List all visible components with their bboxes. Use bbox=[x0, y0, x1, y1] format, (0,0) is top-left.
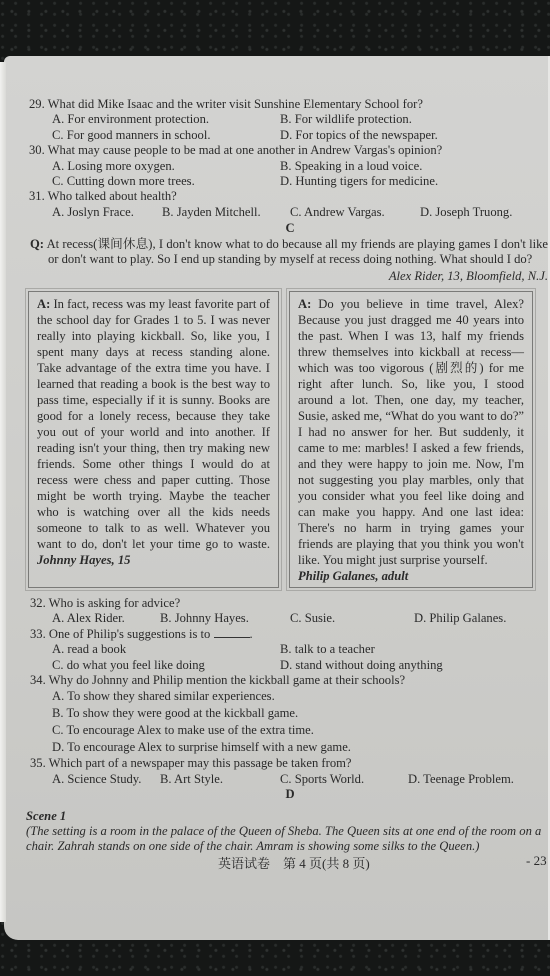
question-31: 31. Who talked about health? A. Joslyn F… bbox=[30, 189, 550, 220]
answer-box-johnny: A: In fact, recess was my least favorite… bbox=[28, 291, 279, 588]
answer-label: A: bbox=[298, 297, 311, 311]
question-text: 30. What may cause people to be mad at o… bbox=[29, 143, 550, 158]
option-b: B. talk to a teacher bbox=[280, 642, 540, 657]
question-35: 35. Which part of a newspaper may this p… bbox=[30, 756, 550, 787]
question-label: Q: bbox=[30, 237, 44, 251]
options: A. To show they shared similar experienc… bbox=[30, 688, 550, 756]
option-b: B. Johnny Hayes. bbox=[160, 611, 290, 626]
options: A. Science Study. B. Art Style. C. Sport… bbox=[30, 772, 550, 787]
option-d: D. For topics of the newspaper. bbox=[280, 128, 540, 143]
question-29: 29. What did Mike Isaac and the writer v… bbox=[30, 97, 550, 143]
question-text: 32. Who is asking for advice? bbox=[30, 596, 550, 611]
question-prompt: What did Mike Isaac and the writer visit… bbox=[48, 97, 423, 111]
question-prompt: Who talked about health? bbox=[48, 189, 177, 203]
options: A. For environment protection. B. For wi… bbox=[30, 112, 550, 143]
option-c: C. For good manners in school. bbox=[52, 128, 280, 143]
option-c: C. Susie. bbox=[290, 611, 414, 626]
question-body-text: At recess(课间休息), I don't know what to do… bbox=[47, 237, 548, 266]
question-prompt: Why do Johnny and Philip mention the kic… bbox=[49, 673, 405, 687]
blank-suffix: . bbox=[250, 627, 253, 641]
option-c: C. Andrew Vargas. bbox=[290, 205, 420, 220]
option-a: A. Alex Rider. bbox=[52, 611, 160, 626]
option-a: A. Losing more oxygen. bbox=[52, 159, 280, 174]
option-a: A. To show they shared similar experienc… bbox=[52, 688, 550, 705]
question-number: 29. bbox=[29, 97, 45, 111]
paper-edge bbox=[0, 62, 6, 922]
answer-text: Do you believe in time travel, Alex? Bec… bbox=[298, 297, 524, 567]
question-signature: Alex Rider, 13, Bloomfield, N.J. bbox=[30, 269, 548, 284]
option-b: B. To show they were good at the kickbal… bbox=[52, 705, 550, 722]
option-a: A. read a book bbox=[52, 642, 280, 657]
question-number: 30. bbox=[29, 143, 45, 157]
option-a: A. Science Study. bbox=[52, 772, 160, 787]
option-d: D. stand without doing anything bbox=[280, 658, 540, 673]
question-number: 34. bbox=[30, 673, 46, 687]
option-c: C. Sports World. bbox=[280, 772, 408, 787]
question-text: 29. What did Mike Isaac and the writer v… bbox=[29, 97, 550, 112]
question-prompt: What may cause people to be mad at one a… bbox=[48, 143, 443, 157]
option-d: D. To encourage Alex to surprise himself… bbox=[52, 739, 550, 756]
question-text: 35. Which part of a newspaper may this p… bbox=[30, 756, 550, 771]
scene-description: (The setting is a room in the palace of … bbox=[26, 824, 550, 855]
answer-blank bbox=[214, 627, 250, 638]
question-number: 32. bbox=[30, 596, 46, 610]
question-text: 34. Why do Johnny and Philip mention the… bbox=[30, 673, 550, 688]
option-a: A. Joslyn Frace. bbox=[52, 205, 162, 220]
option-d: D. Teenage Problem. bbox=[408, 772, 548, 787]
option-b: B. For wildlife protection. bbox=[280, 112, 540, 127]
option-a: A. For environment protection. bbox=[52, 112, 280, 127]
page-content: 29. What did Mike Isaac and the writer v… bbox=[30, 97, 550, 855]
option-d: D. Hunting tigers for medicine. bbox=[280, 174, 540, 189]
option-c: C. do what you feel like doing bbox=[52, 658, 280, 673]
options: A. read a book B. talk to a teacher C. d… bbox=[30, 642, 550, 673]
options: A. Losing more oxygen. B. Speaking in a … bbox=[30, 159, 550, 190]
answer-box-philip: A: Do you believe in time travel, Alex? … bbox=[289, 291, 533, 588]
question-33: 33. One of Philip's suggestions is to . … bbox=[30, 627, 550, 673]
option-d: D. Philip Galanes. bbox=[414, 611, 550, 626]
option-b: B. Art Style. bbox=[160, 772, 280, 787]
question-30: 30. What may cause people to be mad at o… bbox=[30, 143, 550, 189]
question-text: 33. One of Philip's suggestions is to . bbox=[30, 627, 550, 642]
option-c: C. Cutting down more trees. bbox=[52, 174, 280, 189]
advice-question: Q: At recess(课间休息), I don't know what to… bbox=[30, 237, 548, 268]
footer-page-info: 英语试卷 第 4 页(共 8 页) bbox=[218, 853, 370, 872]
scene-title: Scene 1 bbox=[26, 809, 550, 824]
option-b: B. Speaking in a loud voice. bbox=[280, 159, 540, 174]
question-number: 35. bbox=[30, 756, 46, 770]
options: A. Alex Rider. B. Johnny Hayes. C. Susie… bbox=[30, 611, 550, 626]
option-c: C. To encourage Alex to make use of the … bbox=[52, 722, 550, 739]
question-prompt: Who is asking for advice? bbox=[49, 596, 181, 610]
question-34: 34. Why do Johnny and Philip mention the… bbox=[30, 673, 550, 756]
question-number: 31. bbox=[29, 189, 45, 203]
answer-label: A: bbox=[37, 297, 50, 311]
advice-question-body: Q: At recess(课间休息), I don't know what to… bbox=[30, 237, 548, 268]
answer-text: In fact, recess was my least favorite pa… bbox=[37, 297, 270, 551]
option-d: D. Joseph Truong. bbox=[420, 205, 550, 220]
options: A. Joslyn Frace. B. Jayden Mitchell. C. … bbox=[30, 205, 550, 220]
question-32: 32. Who is asking for advice? A. Alex Ri… bbox=[30, 596, 550, 627]
answer-signature: Philip Galanes, adult bbox=[298, 569, 408, 583]
question-prompt: Which part of a newspaper may this passa… bbox=[49, 756, 352, 770]
question-number: 33. bbox=[30, 627, 46, 641]
option-b: B. Jayden Mitchell. bbox=[162, 205, 290, 220]
question-text: 31. Who talked about health? bbox=[29, 189, 550, 204]
footer-page-code: - 23 bbox=[526, 853, 547, 869]
answer-signature: Johnny Hayes, 15 bbox=[37, 553, 130, 567]
section-c-heading: C bbox=[30, 221, 550, 236]
question-prompt: One of Philip's suggestions is to bbox=[49, 627, 210, 641]
section-d-heading: D bbox=[30, 787, 550, 802]
answer-boxes: A: In fact, recess was my least favorite… bbox=[28, 291, 550, 588]
